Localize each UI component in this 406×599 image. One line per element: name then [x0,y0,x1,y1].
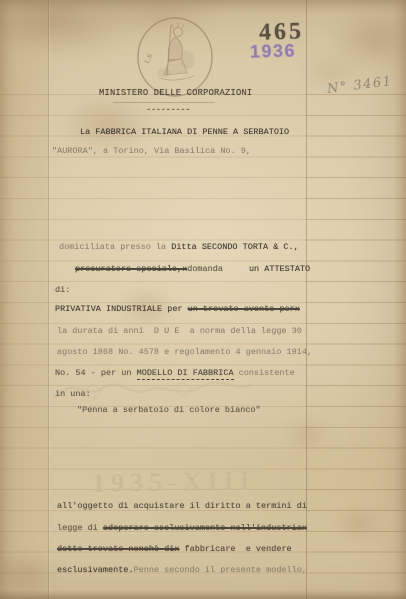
ruling-lines [0,94,406,592]
struck-text: detto trovato nonchè dix [57,544,179,554]
petition-line-duration: la durata di anni D U E a norma della le… [57,326,302,337]
petition-line-law: agosto 1868 No. 4578 e regolamento 4 gen… [57,347,312,358]
struck-text: un trovato avente perx [188,304,300,314]
rights-line-4: esclusivamente.Penne secondo il presente… [57,565,307,576]
petition-line-model: No. 54 - per un MODELLO DI FABBRICA cons… [55,368,295,379]
paper-stain [60,95,155,153]
paper-stain [0,552,63,596]
petition-line-di: di: [55,285,70,296]
rights-line-3: detto trovato nonchè dix fabbricare e ve… [57,544,292,555]
handwritten-number: N° 3461 [326,74,393,97]
text-segment: domanda [187,264,223,274]
ministry-title: MINISTERO DELLE CORPORAZIONI [99,88,252,98]
text-segment: un ATTESTATO [249,264,310,274]
text-segment: esclusivamente. [57,565,134,575]
petition-line-privativa: PRIVATIVA INDUSTRIALE per un trovato ave… [55,304,300,315]
petition-line-inuna: in una: [55,389,91,400]
left-margin-tint [0,0,48,599]
document-page: 1935-XIII L.6 465 1936 N° 3461 MINISTERO… [0,0,406,599]
agent-firm-name: Ditta SECONDO TORTA & C., [171,242,299,252]
text-segment: Penne secondo il presente modello, [134,565,307,575]
petition-line-domicile: domiciliata presso la Ditta SECONDO TORT… [59,242,299,253]
paper-stain [286,420,328,450]
text-segment: No. 54 - per un [55,368,137,378]
ruling-lines-right-column [306,94,406,592]
text-segment: consistente [234,368,295,378]
rights-line-2: legge di adoperare esclusivamente nell'i… [57,523,307,534]
text-segment: domiciliata presso la [59,242,171,252]
dashed-separator: --------- [146,105,190,115]
text-segment: PRIVATIVA INDUSTRIALE per [55,304,188,314]
object-description-line: "Penna a serbatoio di colore bianco" [77,405,261,416]
year-stamp: 1936 [250,40,297,62]
watermark-year: 1935-XIII [92,467,256,500]
underlined-text: MODELLO DI FABBRICA [137,368,234,380]
rights-line-1: all'oggetto di acquistare il diritto a t… [57,501,307,512]
applicant-address-line: "AURORA", a Torino, Via Basilica No. 9, [52,146,251,157]
text-segment: fabbricare e vendere [179,544,291,554]
petition-line-request: procuratore speciale,xdomandaun ATTESTAT… [75,264,310,275]
struck-text: procuratore speciale,x [75,264,187,274]
applicant-name-line: La FABBRICA ITALIANA DI PENNE A SERBATOI… [80,127,289,138]
fold-crease [48,0,49,599]
paper-stain [332,505,384,541]
ministry-underline [113,102,215,103]
struck-text: adoperare esclusivamente nell'industriax [103,523,307,533]
ministry-seal-emblem: L.6 [134,15,216,99]
paper-stain [328,8,406,70]
text-segment: legge di [57,523,103,533]
seal-denomination: L.6 [143,52,154,64]
paper-stain [0,0,135,57]
